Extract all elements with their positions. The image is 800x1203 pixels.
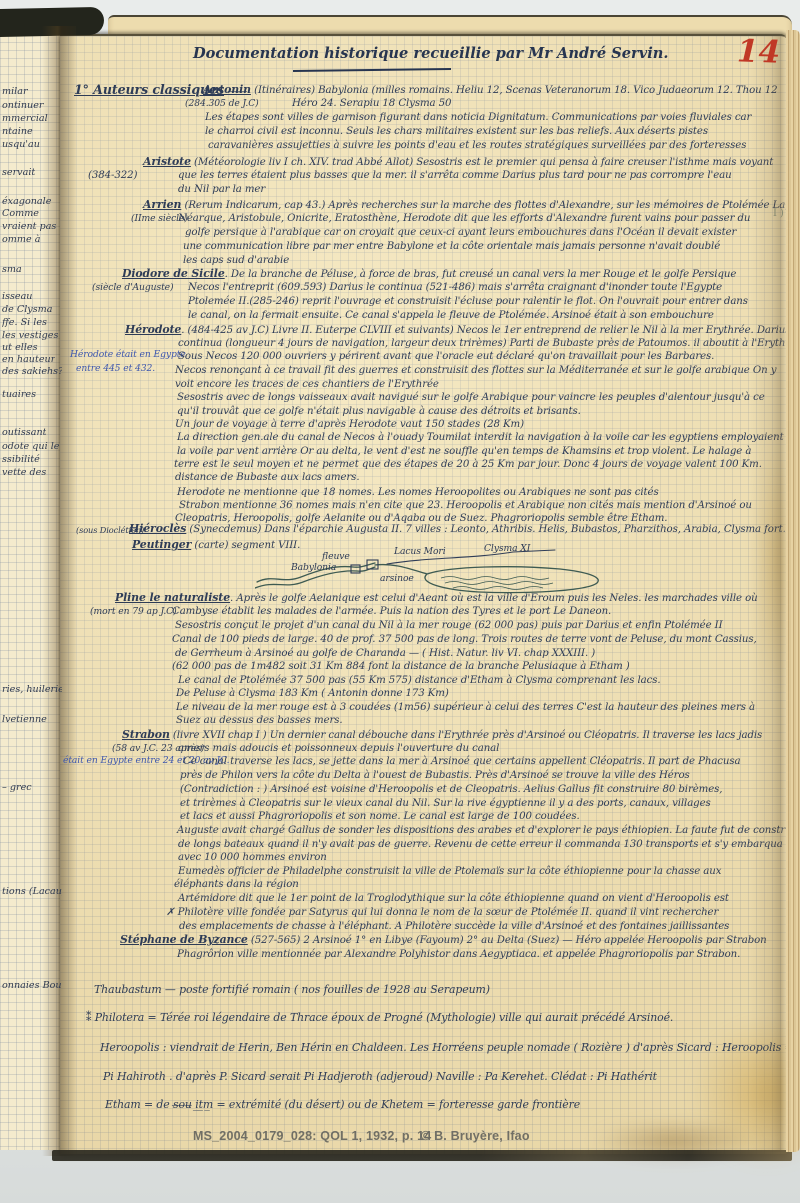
cutoff-text-fragment: isseau [2, 291, 33, 302]
page-title: Documentation historique recueillie par … [193, 45, 668, 62]
manuscript-line: les caps sud d'arabie [183, 255, 289, 266]
manuscript-line: Arrien (Rerum Indicarum, cap 43.) Après … [143, 199, 800, 211]
manuscript-line: près de Philon vers la côte du Delta à l… [180, 770, 690, 781]
manuscript-line: Ce canal traverse les lacs, se jette dan… [183, 756, 740, 767]
manuscript-line: Hiéroclès (Synecdemus) Dans l'éparchie A… [129, 523, 786, 535]
manuscript-line: Clysma XI [484, 543, 530, 554]
manuscript-line: avec 10 000 hommes environ [178, 852, 327, 863]
manuscript-line: (62 000 pas de 1m482 soit 31 Km 884 font… [172, 661, 630, 672]
cutoff-text-fragment: ut elles [2, 342, 38, 353]
cutoff-text-fragment: des sakiehs? [2, 366, 62, 377]
manuscript-line: Etham = de s̶o̶u̶ i̲t̲m̲ = extrémité (du… [105, 1099, 580, 1110]
cutoff-text-fragment: lvetienne [2, 714, 47, 725]
cutoff-text-fragment: onnaies Bourdon [2, 980, 62, 991]
cutoff-text-fragment: éxagonale [2, 196, 51, 207]
cutoff-text-fragment: ntaine [2, 126, 33, 137]
manuscript-line: le canal, on la fermait ensuite. Ce cana… [188, 310, 714, 321]
notebook-photo: Documentation historique recueillie par … [0, 0, 800, 1203]
manuscript-line: ⁑ Philotera = Térée roi légendaire de Th… [86, 1012, 673, 1023]
watermark-copyright: © B. Bruyère, Ifao [421, 1129, 530, 1143]
manuscript-line: La direction gen.ale du canal de Necos à… [177, 432, 784, 443]
manuscript-line: arsinoe [380, 573, 414, 584]
manuscript-line: Phagrôrion ville mentionnée par Alexandr… [177, 949, 740, 960]
manuscript-line: Hérodote. (484-425 av J.C) Livre II. Eut… [125, 324, 800, 336]
manuscript-line: fleuve [322, 551, 350, 562]
cutoff-text-fragment: de Clysma [2, 304, 52, 315]
manuscript-line: De Peluse à Clysma 183 Km ( Antonin donn… [176, 688, 449, 699]
manuscript-line: Le niveau de la mer rouge est à 3 coudée… [176, 702, 755, 713]
fore-edge-pages [786, 30, 800, 1152]
cutoff-text-fragment: tuaires [2, 389, 36, 400]
watermark-id: MS_2004_0179_028: QOL 1, 1932, p. 14 [193, 1129, 431, 1143]
manuscript-line: une communication libre par mer entre Ba… [183, 241, 720, 252]
cutoff-text-fragment: Comme [2, 208, 39, 219]
page-bottom-edge [52, 1150, 792, 1161]
manuscript-line: Héro 24. Serapiu 18 Clysma 50 [292, 98, 451, 109]
cutoff-text-fragment: vette des [2, 467, 46, 478]
manuscript-line: voit encore les traces de ces chantiers … [175, 379, 439, 390]
cutoff-text-fragment: milar [2, 86, 28, 97]
cutoff-text-fragment: sma [2, 264, 22, 275]
manuscript-line: entre 445 et 432. [76, 363, 155, 374]
manuscript-line: Strabon (livre XVII chap I ) Un dernier … [122, 729, 762, 741]
manuscript-line: Néarque, Aristobule, Onicrite, Eratosthè… [178, 213, 750, 224]
page-number: 14 [736, 33, 780, 70]
manuscript-line: Pline le naturaliste. Après le golfe Ael… [115, 592, 758, 604]
cutoff-text-fragment: servait [2, 167, 35, 178]
cutoff-text-fragment: ontinuer [2, 100, 44, 111]
manuscript-line: Herodote ne mentionne que 18 nomes. Les … [177, 487, 659, 498]
manuscript-line: des emplacements de chasse à l'éléphant.… [179, 921, 729, 932]
manuscript-line: que les terres étaient plus basses que l… [178, 170, 732, 181]
manuscript-line: qu'il trouvât que ce golfe n'était plus … [177, 406, 581, 417]
cutoff-text-fragment: mmercial [2, 113, 48, 124]
manuscript-line: Lacus Mori [394, 546, 446, 557]
manuscript-line: golfe persique à l'arabique car on croya… [185, 227, 736, 238]
manuscript-line: amers mais adoucis et poissonneux depuis… [178, 743, 499, 754]
manuscript-line: (384-322) [88, 170, 137, 181]
manuscript-line: Stéphane de Byzance (527-565) 2 Arsinoé … [120, 934, 767, 946]
manuscript-line: Hérodote était en Egypte [70, 349, 186, 360]
manuscript-line: Peutinger (carte) segment VIII. [132, 539, 300, 551]
manuscript-line: le charroi civil est inconnu. Seuls les … [205, 126, 708, 137]
manuscript-line: Le canal de Ptolémée 37 500 pas (55 Km 5… [178, 675, 660, 686]
manuscript-line: la voile par vent arrière Or au delta, l… [177, 446, 751, 457]
manuscript-line: continua (longueur 4 jours de navigation… [178, 338, 800, 349]
cutoff-text-fragment: vraient pas [2, 221, 56, 232]
manuscript-line: Eumedès officier de Philadelphe construi… [178, 866, 721, 877]
manuscript-line: Antonin (Itinéraires) Babylonia (milles … [203, 84, 778, 96]
cutoff-text-fragment: ries, huileries [2, 684, 62, 695]
manuscript-line: distance de Bubaste aux lacs amers. [175, 472, 359, 483]
manuscript-line: Babylonia [291, 562, 336, 573]
manuscript-line: du Nil par la mer [178, 184, 265, 195]
cutoff-text-fragment: ssibilité [2, 454, 40, 465]
cutoff-text-fragment: les vestiges [2, 330, 58, 341]
cutoff-text-fragment: – grec [2, 782, 32, 793]
manuscript-line: Sous Necos 120 000 ouvriers y périrent a… [178, 351, 714, 362]
manuscript-line: Un jour de voyage à terre d'après Herodo… [175, 419, 524, 430]
manuscript-line: (Contradiction : ) Arsinoé est voisine d… [180, 784, 722, 795]
manuscript-line: Cambyse établit les malades de l'armée. … [172, 606, 611, 617]
manuscript-line: Sesostris conçut le projet d'un canal du… [175, 620, 723, 631]
cutoff-text-fragment: usqu'au [2, 139, 40, 150]
manuscript-line: I ) [773, 208, 784, 219]
cutoff-text-fragment: omme à [2, 234, 40, 245]
manuscript-line: terre est le seul moyen et ne permet que… [174, 459, 762, 470]
manuscript-line: et lacs et aussi Phagroriopolis et son n… [180, 811, 580, 822]
manuscript-line: Ptolemée II.(285-246) reprit l'ouvrage e… [188, 296, 748, 307]
manuscript-line: Canal de 100 pieds de large. 40 de prof.… [172, 634, 757, 645]
manuscript-line: Heroopolis : viendrait de Herin, Ben Hér… [100, 1042, 800, 1053]
manuscript-line: Diodore de Sicile. De la branche de Pélu… [122, 268, 736, 280]
cutoff-text-fragment: en hauteur [2, 354, 55, 365]
manuscript-line: Les étapes sont villes de garnison figur… [205, 112, 751, 123]
manuscript-line: éléphants dans la région [174, 879, 299, 890]
cutoff-text-fragment: outissant [2, 427, 46, 438]
cutoff-text-fragment: tions (Lacau) [2, 886, 62, 897]
manuscript-line: ✗ Philotère ville fondée par Satyrus qui… [166, 907, 718, 918]
cutoff-text-fragment: odote qui le [2, 441, 59, 452]
manuscript-line: Strabon mentionne 36 nomes mais n'en cit… [179, 500, 752, 511]
manuscript-line: caravanières assujetties à suivre les po… [208, 140, 746, 151]
manuscript-line: Aristote (Météorologie liv I ch. XIV. tr… [143, 156, 773, 168]
cutoff-text-fragment: ffe. Si les [2, 317, 47, 328]
manuscript-line: Suez au dessus des basses mers. [176, 715, 343, 726]
manuscript-line: Thaubastum — poste fortifié romain ( nos… [94, 984, 490, 995]
manuscript-line: Sesostris avec de longs vaisseaux avait … [177, 392, 765, 403]
manuscript-line: de longs bateaux quand il n'y avait pas … [178, 839, 783, 850]
manuscript-line: (284.305 de J.C) [185, 98, 259, 109]
manuscript-line: Auguste avait chargé Gallus de sonder le… [177, 825, 800, 836]
manuscript-line: de Gerrheum à Arsinoé au golfe de Charan… [175, 648, 595, 659]
manuscript-line: Necos renonçant à ce travail fit des gue… [175, 365, 776, 376]
page-crease [750, 36, 788, 1152]
manuscript-line: Necos l'entreprit (609.593) Darius le co… [188, 282, 722, 293]
manuscript-line: Pi Hahiroth . d'après P. Sicard serait P… [103, 1071, 657, 1082]
manuscript-line: (mort en 79 ap J.C) [90, 606, 177, 617]
manuscript-line: (siècle d'Auguste) [92, 282, 174, 293]
manuscript-line: et trirèmes à Cleopatris sur le vieux ca… [180, 798, 711, 809]
manuscript-line: Artémidore dit que le 1er point de la Tr… [178, 893, 729, 904]
